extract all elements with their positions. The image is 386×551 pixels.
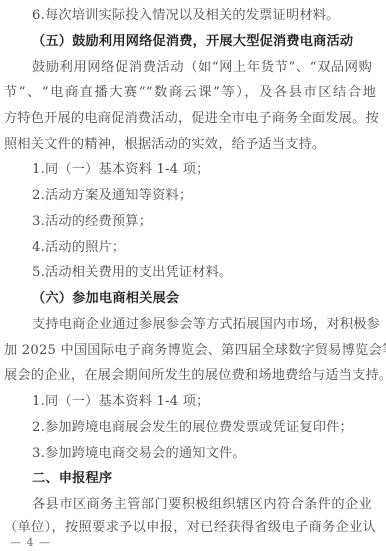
section-heading-application-procedure: 二、申报程序 [0, 468, 386, 490]
list-item: 2.活动方案及通知等资料； [0, 185, 386, 207]
list-item-training-invoices: 6.每次培训实际投入情况以及相关的发票证明材料。 [0, 5, 386, 27]
paragraph-line: 鼓励利用网络促消费活动（如“网上年货节”、“双品网购 [0, 57, 372, 79]
list-item: 2.参加跨境电商展会发生的展位费发票或凭证复印件； [0, 417, 386, 439]
paragraph-line: 方特色开展的电商促消费活动，促进全市电子商务全面发展。按 [0, 108, 376, 130]
paragraph-line: 各县市区商务主管部门要积极组织辖区内符合条件的企业 [0, 494, 372, 516]
paragraph-line: 加 2025 中国国际电子商务博览会、第四届全球数字贸易博览会等 [0, 340, 376, 362]
list-item: 1.同（一）基本资料 1-4 项； [0, 159, 386, 181]
list-item: 5.活动相关费用的支出凭证材料。 [0, 262, 386, 284]
list-item: 4.活动的照片； [0, 237, 386, 259]
paragraph-line: （单位），按照要求予以申报，对已经获得省级电子商务企业认 [0, 517, 376, 539]
paragraph-line: 照相关文件的精神，根据活动的实效，给予适当支持。 [0, 134, 386, 156]
list-item: 3.活动的经费预算； [0, 211, 386, 233]
paragraph-line: 节”、“电商直播大赛”“数商云课”等），及各县市区结合地 [0, 82, 376, 104]
paragraph-line: 展会的企业，在展会期间所发生的展位费和场地费给与适当支持。 [0, 365, 376, 387]
page-number: — 4 — [10, 536, 51, 549]
section-heading-6: （六）参加电商相关展会 [0, 288, 386, 310]
paragraph-line: 支持电商企业通过参展参会等方式拓展国内市场，对积极参 [0, 314, 372, 336]
list-item: 1.同（一）基本资料 1-4 项； [0, 391, 386, 413]
list-item: 3.参加跨境电商交易会的通知文件。 [0, 443, 386, 465]
document-page: 6.每次培训实际投入情况以及相关的发票证明材料。 （五）鼓励利用网络促消费，开展… [0, 0, 386, 551]
section-heading-5: （五）鼓励利用网络促消费，开展大型促消费电商活动 [0, 31, 386, 53]
